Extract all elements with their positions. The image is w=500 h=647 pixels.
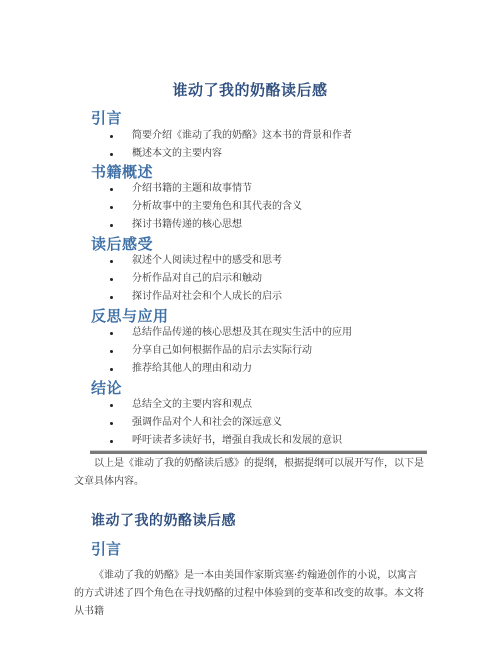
list-item: 叙述个人阅读过程中的感受和思考 — [0, 252, 282, 270]
article-intro-paragraph: 《谁动了我的奶酪》是一本由美国作家斯宾塞·约翰逊创作的小说，以寓言的方式讲述了四… — [74, 567, 424, 621]
section-heading-intro: 引言 — [91, 107, 122, 128]
bullet-icon — [110, 206, 113, 209]
list-item: 呼吁读者多读好书，增强自我成长和发展的意识 — [0, 432, 342, 450]
bullet-icon — [110, 153, 113, 156]
bullet-icon — [110, 224, 113, 227]
list-item: 推荐给其他人的理由和动力 — [0, 360, 352, 378]
bullet-list-conclusion: 总结全文的主要内容和观点 强调作品对个人和社会的深远意义 呼吁读者多读好书，增强… — [0, 396, 342, 450]
list-item: 分析作品对自己的启示和触动 — [0, 270, 282, 288]
list-item: 概述本文的主要内容 — [0, 145, 352, 163]
bullet-icon — [110, 422, 113, 425]
list-item: 总结作品传递的核心思想及其在现实生活中的应用 — [0, 324, 352, 342]
section-heading-reflection: 反思与应用 — [91, 305, 169, 326]
bullet-icon — [110, 368, 113, 371]
bullet-list-intro: 简要介绍《谁动了我的奶酪》这本书的背景和作者 概述本文的主要内容 — [0, 127, 352, 163]
bullet-icon — [110, 332, 113, 335]
section-heading-conclusion: 结论 — [91, 377, 122, 398]
bullet-list-overview: 介绍书籍的主题和故事情节 分析故事中的主要角色和其代表的含义 探讨书籍传递的核心… — [0, 180, 302, 234]
bullet-icon — [110, 296, 113, 299]
horizontal-divider — [90, 450, 427, 454]
list-item: 强调作品对个人和社会的深远意义 — [0, 414, 342, 432]
section-heading-feelings: 读后感受 — [91, 233, 153, 254]
list-item: 介绍书籍的主题和故事情节 — [0, 180, 302, 198]
bullet-list-feelings: 叙述个人阅读过程中的感受和思考 分析作品对自己的启示和触动 探讨作品对社会和个人… — [0, 252, 282, 306]
document-title: 谁动了我的奶酪读后感 — [0, 79, 500, 100]
list-item: 分享自己如何根据作品的启示去实际行动 — [0, 342, 352, 360]
list-item: 分析故事中的主要角色和其代表的含义 — [0, 198, 302, 216]
bullet-icon — [110, 350, 113, 353]
bullet-icon — [110, 135, 113, 138]
list-item: 探讨作品对社会和个人成长的启示 — [0, 288, 282, 306]
article-title: 谁动了我的奶酪读后感 — [91, 510, 236, 530]
section-heading-overview: 书籍概述 — [91, 161, 153, 182]
list-item: 简要介绍《谁动了我的奶酪》这本书的背景和作者 — [0, 127, 352, 145]
bullet-icon — [110, 440, 113, 443]
bullet-list-reflection: 总结作品传递的核心思想及其在现实生活中的应用 分享自己如何根据作品的启示去实际行… — [0, 324, 352, 378]
article-section-heading: 引言 — [91, 538, 121, 559]
bullet-icon — [110, 260, 113, 263]
transition-paragraph: 以上是《谁动了我的奶酪读后感》的提纲，根据提纲可以展开写作，以下是文章具体内容。 — [74, 455, 424, 491]
list-item: 总结全文的主要内容和观点 — [0, 396, 342, 414]
bullet-icon — [110, 404, 113, 407]
bullet-icon — [110, 278, 113, 281]
bullet-icon — [110, 188, 113, 191]
list-item: 探讨书籍传递的核心思想 — [0, 216, 302, 234]
document-page: 谁动了我的奶酪读后感 引言 简要介绍《谁动了我的奶酪》这本书的背景和作者 概述本… — [0, 0, 500, 647]
